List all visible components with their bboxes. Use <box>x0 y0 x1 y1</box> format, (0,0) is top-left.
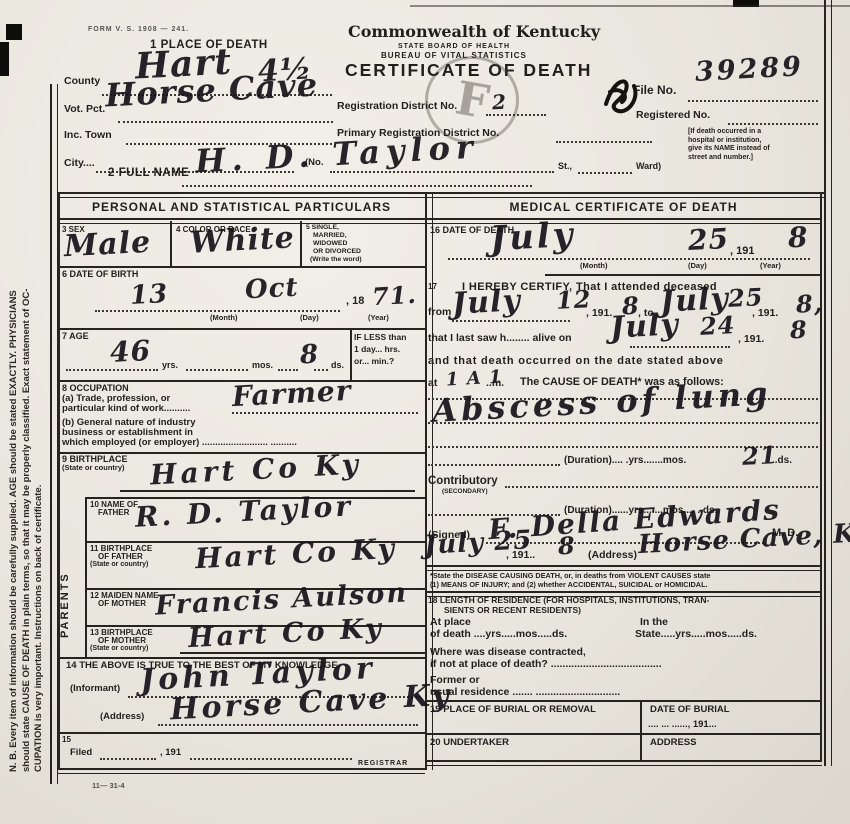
dotted-line <box>428 422 818 424</box>
dotted-line <box>278 369 298 371</box>
dotted-line <box>728 123 818 125</box>
street-label: St., <box>558 162 572 171</box>
margin-instructions: N. B. Every item of information should b… <box>8 60 46 772</box>
former-residence-line: usual residence ....... ................… <box>430 687 620 698</box>
dotted-line <box>182 185 532 187</box>
hospital-note-line: hospital or institution, <box>688 137 770 146</box>
last-saw-label: that I last saw h........ alive on <box>428 333 572 344</box>
ward-label: Ward) <box>636 162 661 171</box>
last-saw-year: 8 <box>789 318 808 343</box>
dod-year-value: 8 <box>787 223 809 252</box>
year-sublabel: (Year) <box>368 314 389 322</box>
age-years-value: 46 <box>109 337 151 367</box>
occupation-label: 8 OCCUPATION <box>62 384 129 393</box>
date-of-burial-label: DATE OF BURIAL <box>650 705 730 715</box>
last-saw-day: 24 <box>699 313 736 339</box>
dotted-line <box>190 758 352 760</box>
dotted-line <box>452 320 570 322</box>
section-divider <box>58 192 824 198</box>
scan-artifact <box>6 24 22 40</box>
cell-divider <box>300 221 302 266</box>
dotted-line <box>232 412 418 414</box>
father-birthplace-sublabel: (State or country) <box>90 561 148 568</box>
if-less-label: or... min.? <box>354 357 394 366</box>
margin-line: should state CAUSE OF DEATH in plain ter… <box>21 60 34 772</box>
filed-year-label: , 191 <box>160 748 181 758</box>
margin-line: CUPATION is very important. Instructions… <box>33 60 46 772</box>
stamp-letter: F <box>451 71 493 130</box>
scan-edge-line <box>410 5 850 7</box>
signature-line <box>120 490 415 492</box>
dob-year-printed: , 18 <box>346 296 364 307</box>
dotted-line <box>66 369 158 371</box>
rule <box>58 266 425 268</box>
rule <box>425 700 822 702</box>
occupation-value: Farmer <box>231 377 352 411</box>
at-place-label: At place <box>430 617 471 628</box>
former-residence-label: Former or <box>430 675 480 686</box>
hospital-note-line: street and number.] <box>688 154 770 163</box>
marital-write-word-label: (Write the word) <box>310 257 362 264</box>
cell-divider <box>640 700 642 760</box>
father-name-value: R. D. Taylor <box>134 492 353 531</box>
marital-label: 5 SINGLE, <box>306 225 339 232</box>
mos-label: mos. <box>252 361 273 370</box>
disease-contracted-line: if not at place of death? ..............… <box>430 659 662 670</box>
state-board-label: STATE BOARD OF HEALTH <box>398 43 510 50</box>
death-certificate-scan: N. B. Every item of information should b… <box>0 0 850 824</box>
registration-district-value: 2 <box>491 92 507 113</box>
birthplace-value: Hart Co Ky <box>149 450 362 489</box>
at-place-of-death-line: of death ....yrs.....mos.....ds. <box>430 629 567 640</box>
father-birthplace-label: OF FATHER <box>98 553 143 561</box>
dod-year-printed: , 191 <box>730 246 754 257</box>
dotted-line <box>314 369 328 371</box>
dotted-line <box>556 141 652 143</box>
attended-from-month: July <box>451 286 521 320</box>
dotted-line <box>486 114 546 116</box>
day-sublabel: (Day) <box>300 314 319 322</box>
last-saw-month: July <box>609 310 679 344</box>
parents-box-edge <box>85 497 87 657</box>
yrs-label: yrs. <box>162 361 178 370</box>
dotted-line <box>448 258 810 260</box>
rule <box>58 328 425 330</box>
disease-contracted-label: Where was disease contracted, <box>430 647 586 658</box>
mother-maiden-name-label: OF MOTHER <box>98 600 146 608</box>
year-sublabel: (Year) <box>760 262 781 270</box>
table-right-edge <box>820 192 822 760</box>
dotted-line <box>95 310 340 312</box>
rule <box>58 732 425 734</box>
margin-line: N. B. Every item of information should b… <box>8 60 21 772</box>
dotted-line <box>578 172 632 174</box>
voting-precinct-label: Vot. Pct. <box>64 104 105 115</box>
file-no-value: 39289 <box>694 53 804 86</box>
marital-label: MARRIED, <box>313 233 347 240</box>
to-year-printed: , 191. <box>752 308 778 319</box>
footnote: *State the DISEASE CAUSING DEATH, or, in… <box>430 572 710 579</box>
filed-label: Filed <box>70 748 92 758</box>
bottom-rule <box>425 760 822 766</box>
secondary-label: (SECONDARY) <box>442 489 488 496</box>
left-border <box>50 84 58 784</box>
voting-precinct-value: Horse Cave <box>104 68 318 111</box>
hospital-note-line: give its NAME instead of <box>688 145 770 154</box>
dotted-line <box>688 100 818 102</box>
month-sublabel: (Month) <box>580 262 607 270</box>
sign-address-label: (Address) <box>588 550 637 561</box>
dob-value-2: Oct <box>244 275 299 304</box>
item-17-label: 17 <box>428 283 437 291</box>
medical-section-title: MEDICAL CERTIFICATE OF DEATH <box>425 201 822 213</box>
sign-year-value: 8 <box>557 534 576 559</box>
father-birthplace-value: Hart Co Ky <box>194 535 397 574</box>
rule <box>425 218 822 224</box>
dob-value-1: 13 <box>129 281 168 309</box>
occupation-b-label: which employed (or employer) ...........… <box>62 438 297 448</box>
at-label: at <box>428 378 437 389</box>
county-label: County <box>64 76 100 87</box>
informant-label: (Informant) <box>70 684 120 694</box>
if-less-label: 1 day... hrs. <box>354 345 400 354</box>
item-15-label: 15 <box>62 736 71 744</box>
contributory-label: Contributory <box>428 476 498 488</box>
date-of-birth-label: 6 DATE OF BIRTH <box>62 270 138 279</box>
form-code: FORM V. S. 1908 — 241. <box>88 26 189 33</box>
age-days-value: 8 <box>299 342 319 369</box>
cell-divider <box>170 221 172 266</box>
full-name-label: 2 FULL NAME <box>108 168 189 180</box>
dotted-line <box>100 758 156 760</box>
death-occurred-label: and that death occurred on the date stat… <box>428 356 724 367</box>
in-the-state-line: State.....yrs.....mos.....ds. <box>635 629 757 640</box>
registrar-label: REGISTRAR <box>358 760 408 767</box>
attended-to-year: 8, <box>795 291 823 316</box>
sex-value: Male <box>63 228 152 263</box>
day-sublabel: (Day) <box>688 262 707 270</box>
dob-year-value: 71. <box>371 283 417 309</box>
duration-ds-label: ..ds. <box>772 456 792 466</box>
hospital-note-line: [If death occurred in a <box>688 128 770 137</box>
color-race-value: White <box>189 223 295 258</box>
plate-code: 11— 31-4 <box>92 782 125 790</box>
dotted-line <box>630 346 730 348</box>
dotted-line <box>158 724 418 726</box>
dotted-line <box>118 121 333 123</box>
dotted-line <box>505 486 818 488</box>
date-of-burial-dots: .... ... ......, 191... <box>648 720 717 730</box>
hospital-note: [If death occurred in a hospital or inst… <box>688 128 770 162</box>
m-label: ..m. <box>486 378 504 389</box>
dod-day-value: 25 <box>687 225 729 255</box>
mother-birthplace-value: Hart Co Ky <box>187 615 384 652</box>
parents-vertical-label: PARENTS <box>60 572 71 638</box>
place-of-burial-label: 19 PLACE OF BURIAL OR REMOVAL <box>430 705 596 715</box>
bottom-rule <box>58 768 425 774</box>
dod-month-value: July <box>489 218 576 256</box>
undertaker-address-label: ADDRESS <box>650 738 696 748</box>
rule <box>545 274 820 276</box>
length-of-residence-label: 18 LENGTH OF RESIDENCE (FOR HOSPITALS, I… <box>428 596 709 605</box>
undertaker-label: 20 UNDERTAKER <box>430 738 509 748</box>
father-name-label: FATHER <box>98 509 129 517</box>
dotted-line <box>428 464 560 466</box>
mother-birthplace-sublabel: (State or country) <box>90 645 148 652</box>
footnote: (1) MEANS OF INJURY; and (2) whether ACC… <box>430 581 708 588</box>
right-border <box>824 0 832 766</box>
commonwealth-title: Commonwealth of Kentucky <box>348 24 600 40</box>
in-the-label: In the <box>640 617 668 628</box>
marital-label: WIDOWED <box>313 241 347 248</box>
month-sublabel: (Month) <box>210 314 237 322</box>
mother-birthplace-label: OF MOTHER <box>98 637 146 645</box>
sign-year-printed: , 191.. <box>506 550 535 561</box>
duration-label: (Duration).... .yrs.......mos. <box>564 456 686 466</box>
registration-district-label: Registration District No. <box>337 101 457 112</box>
table-left-edge <box>58 192 60 768</box>
occupation-a-label: particular kind of work.......... <box>62 404 190 414</box>
birthplace-sublabel: (State or country) <box>62 464 125 472</box>
age-label: 7 AGE <box>62 332 89 341</box>
personal-section-title: PERSONAL AND STATISTICAL PARTICULARS <box>58 201 425 213</box>
dotted-line <box>186 369 248 371</box>
marital-label: OR DIVORCED <box>313 249 361 256</box>
informant-address-label: (Address) <box>100 712 144 722</box>
from-label: from <box>428 307 451 318</box>
length-of-residence-label: SIENTS OR RECENT RESIDENTS) <box>444 606 581 615</box>
city-label: City.... <box>64 158 95 169</box>
cell-divider <box>350 328 352 380</box>
rule <box>425 733 822 735</box>
inc-town-label: Inc. Town <box>64 130 112 141</box>
if-less-label: IF LESS than <box>354 333 406 342</box>
registered-no-label: Registered No. <box>636 110 710 121</box>
last-saw-year-printed: , 191. <box>738 334 764 345</box>
ds-label: ds. <box>331 361 344 370</box>
